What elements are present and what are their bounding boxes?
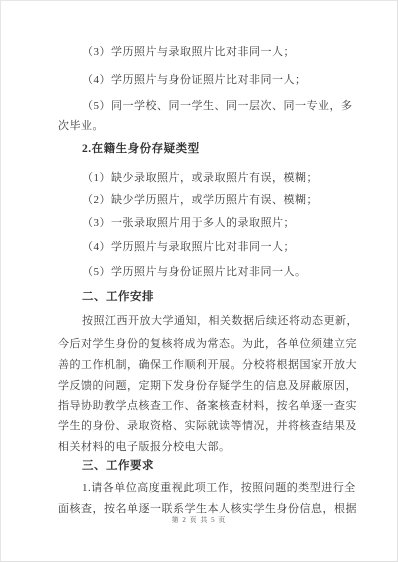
list-item-3-degree-vs-admission-photo: （3）学历照片与录取照片比对非同一人； bbox=[58, 46, 347, 58]
para-work-arrangement-line-1: 按照江西开放大学通知，相关数据后续还将动态更新， bbox=[58, 315, 347, 327]
document-page: （3）学历照片与录取照片比对非同一人； （4）学历照片与身份证照片比对非同一人；… bbox=[0, 0, 398, 562]
list-item-5-same-school-line-2: 次毕业。 bbox=[58, 120, 347, 132]
para-work-requirements-line-1: 1.请各单位高度重视此项工作，按照问题的类型进行全 bbox=[58, 482, 347, 494]
para-work-arrangement-line-4: 学反馈的问题，定期下发身份存疑学生的信息及屏蔽原因， bbox=[58, 380, 347, 392]
list-item-4-degree-vs-id-photo: （4）学历照片与身份证照片比对非同一人； bbox=[58, 74, 347, 86]
para-work-requirements-line-2: 面核查，按名单逐一联系学生本人核实学生身份信息，根据 bbox=[58, 503, 347, 515]
list-item-4-degree-vs-admission-mismatch: （4）学历照片与录取照片比对非同一人； bbox=[58, 241, 347, 253]
heading-work-arrangement: 二、工作安排 bbox=[58, 291, 347, 303]
heading-enrolled-identity-doubt-types: 2.在籍生身份存疑类型 bbox=[58, 143, 347, 155]
para-work-arrangement-line-3: 善的工作机制，确保工作顺利开展。分校将根据国家开放大 bbox=[58, 359, 347, 371]
page-number-footer: 第 2 页 共 5 页 bbox=[1, 515, 397, 525]
list-item-5-same-school-line-1: （5）同一学校、同一学生、同一层次、同一专业，多 bbox=[58, 100, 347, 112]
document-body: （3）学历照片与录取照片比对非同一人； （4）学历照片与身份证照片比对非同一人；… bbox=[58, 1, 347, 561]
list-item-1-missing-admission-photo: （1）缺少录取照片，或录取照片有误，模糊； bbox=[58, 172, 347, 184]
para-work-arrangement-line-2: 今后对学生身份的复核将成为常态。为此，各单位须建立完 bbox=[58, 338, 347, 350]
list-item-2-missing-degree-photo: （2）缺少学历照片，或学历照片有误、模糊； bbox=[58, 194, 347, 206]
para-work-arrangement-line-7: 相关材料的电子版报分校电大部。 bbox=[58, 441, 347, 453]
heading-work-requirements: 三、工作要求 bbox=[58, 460, 347, 472]
list-item-3-one-photo-multiple-people: （3）一张录取照片用于多人的录取照片； bbox=[58, 217, 347, 229]
para-work-arrangement-line-6: 学生的身份、录取资格、实际就读等情况，并将核查结果及 bbox=[58, 420, 347, 432]
para-work-arrangement-line-5: 指导协助教学点核查工作、备案核查材料，按名单逐一查实 bbox=[58, 400, 347, 412]
list-item-5-degree-vs-id-mismatch: （5）学历照片与身份证照片比对非同一人。 bbox=[58, 266, 347, 278]
